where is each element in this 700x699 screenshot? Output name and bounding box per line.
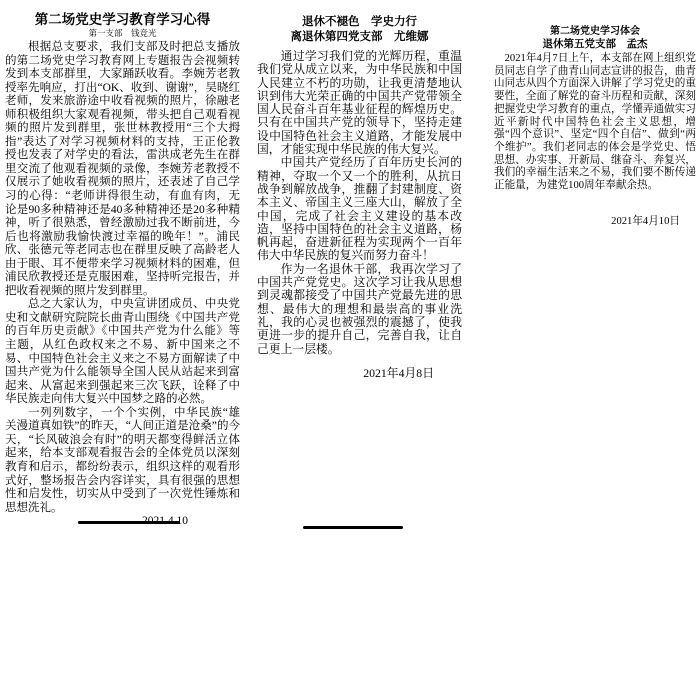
- paragraph: 总之大家认为，中央宣讲团成员、中央党史和文献研究院院长曲青山围绕《中国共产党的百…: [5, 298, 240, 406]
- paragraph: 作为一名退休干部，我再次学习了中国共产党党史。这次学习让我从思想到灵魂都接受了中…: [257, 263, 462, 356]
- article-title: 第二场党史学习体会: [494, 26, 696, 38]
- article-study-reflection: 第二场党史学习体会 退休第五党支部 孟杰 2021年4月7日上午，本支部在网上组…: [494, 26, 696, 228]
- article-retired-learning: 退休不褪色 学史力行 离退休第四党支部 尤维娜 通过学习我们党的光辉历程，重温我…: [257, 15, 462, 380]
- article-byline: 离退休第四党支部 尤维娜: [257, 30, 462, 44]
- article-body: 通过学习我们党的光辉历程，重温我们党从成立以来，为中华民族和中国人民建立不朽的功…: [257, 50, 462, 356]
- article-date: 2021年4月8日: [257, 367, 462, 380]
- article-byline: 退休第五党支部 孟杰: [494, 38, 696, 51]
- article-body: 2021年4月7日上午，本支部在网上组织党员同志自学了曲青山同志宣讲的报告，曲青…: [494, 53, 696, 193]
- paragraph: 中国共产党经历了百年历史长河的精神，夺取一个又一个的胜利，从抗日战争到解放战争，…: [257, 156, 462, 262]
- article-title: 第二场党史学习教育学习心得: [5, 12, 240, 27]
- article-title: 退休不褪色 学史力行: [257, 15, 462, 29]
- article-byline: 第一支部 钱竞光: [5, 28, 240, 39]
- paragraph: 根据总支要求，我们支部及时把总支播放的第二场党史学习教育网上专题报告会视频转发到…: [5, 41, 240, 298]
- article-date: 2021年4月10日: [494, 216, 696, 229]
- article-body: 根据总支要求，我们支部及时把总支播放的第二场党史学习教育网上专题报告会视频转发到…: [5, 41, 240, 515]
- document-page: 第二场党史学习教育学习心得 第一支部 钱竞光 根据总支要求，我们支部及时把总支播…: [0, 0, 700, 699]
- signature-ink-line: [78, 521, 180, 524]
- signature-ink-line: [303, 526, 403, 529]
- article-study-notes: 第二场党史学习教育学习心得 第一支部 钱竞光 根据总支要求，我们支部及时把总支播…: [5, 12, 240, 529]
- paragraph: 一列列数字，一个个实例，中华民族“雄关漫道真如铁”的昨天，“人间正道是沧桑”的今…: [5, 407, 240, 515]
- paragraph: 通过学习我们党的光辉历程，重温我们党从成立以来，为中华民族和中国人民建立不朽的功…: [257, 50, 462, 156]
- paragraph: 2021年4月7日上午，本支部在网上组织党员同志自学了曲青山同志宣讲的报告，曲青…: [494, 53, 696, 193]
